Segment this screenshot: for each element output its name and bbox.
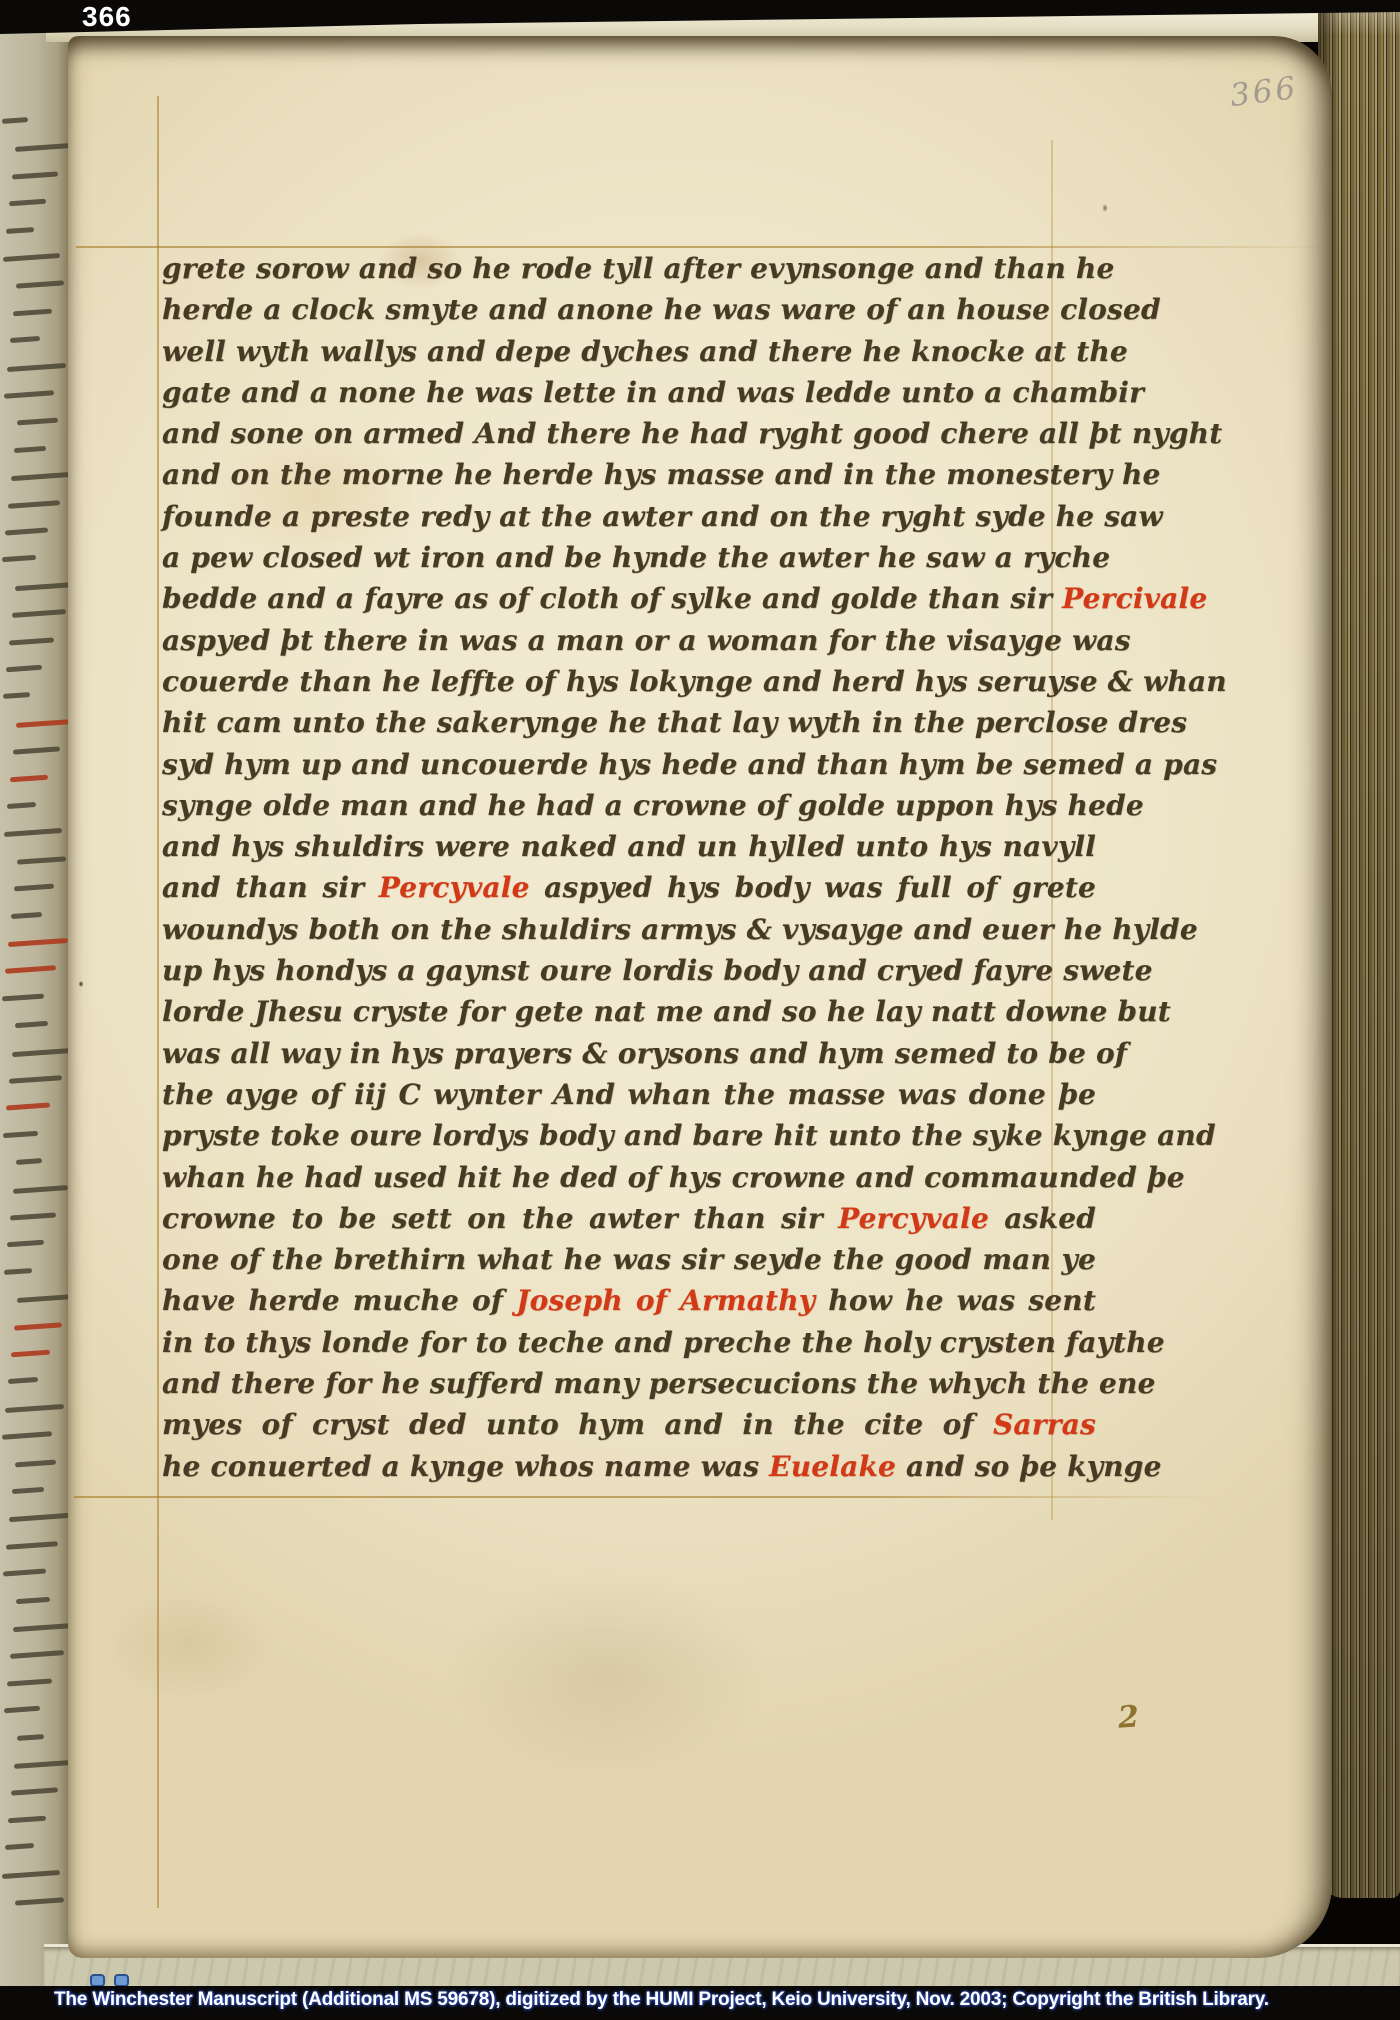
facing-page-text-stub	[16, 281, 64, 289]
facing-page-text-stub	[9, 1513, 70, 1522]
facing-page-text-stub	[10, 1212, 56, 1220]
ink-text: and on the morne he herde hys masse and …	[162, 458, 1161, 491]
facing-page-text-stub	[17, 1294, 74, 1303]
facing-page-text-stub	[6, 227, 34, 234]
manuscript-line: and than sir Percyvale aspyed hys body w…	[162, 871, 1096, 912]
facing-page-text-stub	[13, 1185, 68, 1194]
facing-page-text-stub	[15, 1021, 48, 1028]
ink-text: herde a clock smyte and anone he was war…	[162, 293, 1161, 326]
facing-page-text-stub	[10, 774, 48, 782]
ink-text: gate and a none he was lette in and was …	[162, 376, 1144, 409]
ink-text: grete sorow and so he rode tyll after ev…	[162, 252, 1115, 285]
facing-page-text-stub	[9, 637, 54, 645]
facing-page-text-stub	[11, 912, 42, 919]
facing-page-text-stub	[12, 1047, 74, 1056]
facing-page-text-stub	[5, 528, 48, 536]
facing-page-text-stub	[9, 1075, 62, 1084]
rubricated-name: Sarras	[993, 1408, 1096, 1441]
facing-page-text-stub	[4, 1706, 40, 1713]
ink-text: woundys both on the shuldirs armys & vys…	[162, 913, 1198, 946]
ink-text: and hys shuldirs were naked and un hylle…	[162, 830, 1096, 863]
manuscript-line: bedde and a fayre as of cloth of sylke a…	[162, 582, 1096, 623]
ink-text: crowne to be sett on the awter than sir	[162, 1202, 838, 1235]
facing-page-text-stub	[7, 1240, 44, 1248]
ink-text: myes of cryst ded unto hym and in the ci…	[162, 1408, 993, 1441]
manuscript-line: gate and a none he was lette in and was …	[162, 376, 1096, 417]
manuscript-line: lorde Jhesu cryste for gete nat me and s…	[162, 995, 1096, 1036]
ink-text: the ayge of iij C wynter And whan the ma…	[162, 1078, 1096, 1111]
facing-page-text-stub	[13, 747, 60, 755]
manuscript-line: and on the morne he herde hys masse and …	[162, 458, 1096, 499]
rubricated-name: Percivale	[1062, 582, 1207, 615]
facing-page-text-stub	[4, 1268, 32, 1275]
manuscript-line: was all way in hys prayers & orysons and…	[162, 1037, 1096, 1078]
ink-text: and sone on armed And there he had ryght…	[162, 417, 1222, 450]
manuscript-line: synge olde man and he had a crowne of go…	[162, 789, 1096, 830]
manuscript-line: aspyed þt there in was a man or a woman …	[162, 624, 1096, 665]
ink-text: aspyed hys body was full of grete	[530, 871, 1096, 904]
facing-page-text-stub	[2, 993, 44, 1001]
facing-page-text-stub	[12, 609, 66, 618]
facing-page-text-stub	[5, 1404, 64, 1413]
manuscript-line: whan he had used hit he ded of hys crown…	[162, 1161, 1096, 1202]
manuscript-line: pryste toke oure lordys body and bare hi…	[162, 1119, 1096, 1160]
facing-page-text-stub	[16, 1596, 50, 1603]
facing-page-text-stub	[16, 1158, 42, 1165]
manuscript-line: hit cam unto the sakerynge he that lay w…	[162, 706, 1096, 747]
facing-page-text-stub	[6, 665, 42, 672]
manuscript-line: in to thys londe for to teche and preche…	[162, 1326, 1096, 1367]
facing-page-text-stub	[15, 1459, 56, 1467]
caption-text: The Winchester Manuscript (Additional MS…	[54, 1989, 1394, 2011]
ink-text: lorde Jhesu cryste for gete nat me and s…	[162, 995, 1171, 1028]
facing-page-text-stub	[3, 692, 30, 699]
manuscript-line: founde a preste redy at the awter and on…	[162, 500, 1096, 541]
ink-text: syd hym up and uncouerde hys hede and th…	[162, 748, 1217, 781]
facing-page-text-stub	[17, 856, 66, 864]
facing-page-text-stub	[2, 1431, 52, 1439]
manuscript-line: he conuerted a kynge whos name was Euela…	[162, 1450, 1096, 1491]
ink-text: have herde muche of	[162, 1284, 516, 1317]
ink-text: a pew closed wt iron and be hynde the aw…	[162, 541, 1110, 574]
manuscript-line: well wyth wallys and depe dyches and the…	[162, 335, 1096, 376]
manuscript-line: and hys shuldirs were naked and un hylle…	[162, 830, 1096, 871]
facing-page-text-stub	[8, 1815, 46, 1823]
facing-page-text-stub	[6, 1541, 58, 1550]
manuscript-line: a pew closed wt iron and be hynde the aw…	[162, 541, 1096, 582]
facing-page-text-stub	[15, 1897, 64, 1905]
facing-page-text-stub	[3, 253, 60, 262]
ruling-line-left	[157, 96, 159, 1908]
facing-page-text-stub	[2, 1870, 60, 1879]
facing-page-text-stub	[13, 1623, 76, 1632]
facing-page-text-stub	[4, 390, 54, 398]
ink-text: and there for he sufferd many persecucio…	[162, 1367, 1156, 1400]
facing-page-text-stub	[11, 1350, 50, 1358]
rubricated-name: Euelake	[769, 1450, 896, 1483]
ink-text: hit cam unto the sakerynge he that lay w…	[162, 706, 1187, 739]
facing-page-text-stub	[5, 966, 56, 975]
manuscript-line: have herde muche of Joseph of Armathy ho…	[162, 1284, 1096, 1325]
facing-page-text-stub	[7, 802, 36, 809]
facing-page-text-stub	[2, 117, 28, 124]
manuscript-line: myes of cryst ded unto hym and in the ci…	[162, 1408, 1096, 1449]
facing-page-text-stub	[2, 555, 36, 562]
facing-page-text-stub	[6, 1103, 50, 1111]
ruling-line-top	[76, 246, 1344, 248]
manuscript-line: herde a clock smyte and anone he was war…	[162, 293, 1096, 334]
facing-page-text-stub	[11, 1788, 58, 1796]
ink-text: well wyth wallys and depe dyches and the…	[162, 335, 1128, 368]
ink-text: couerde than he leffte of hys lokynge an…	[162, 665, 1227, 698]
facing-page-text-stub	[12, 171, 58, 179]
quire-mark: 2	[1117, 1699, 1140, 1735]
manuscript-text: grete sorow and so he rode tyll after ev…	[162, 252, 1096, 1491]
ink-text: aspyed þt there in was a man or a woman …	[162, 624, 1131, 657]
facing-page-text-stub	[14, 1322, 62, 1330]
manuscript-line: and sone on armed And there he had ryght…	[162, 417, 1096, 458]
ink-text: pryste toke oure lordys body and bare hi…	[162, 1119, 1216, 1152]
ink-text: he conuerted a kynge whos name was	[162, 1450, 769, 1483]
facing-page-text-stub	[7, 1678, 52, 1686]
facing-page-text-stub	[14, 884, 54, 892]
facing-page-text-stub	[14, 446, 46, 453]
facing-page-text-stub	[7, 363, 66, 372]
rubricated-name: Percyvale	[838, 1202, 989, 1235]
caption-bar: The Winchester Manuscript (Additional MS…	[0, 1986, 1400, 2020]
facing-page-text-stub	[12, 1487, 44, 1494]
manuscript-line: and there for he sufferd many persecucio…	[162, 1367, 1096, 1408]
facing-page-text-stub	[8, 500, 60, 509]
ink-text: asked	[989, 1202, 1096, 1235]
manuscript-line: one of the brethirn what he was sir seyd…	[162, 1243, 1096, 1284]
ink-text: synge olde man and he had a crowne of go…	[162, 789, 1144, 822]
folio-number-label: 366	[82, 1, 132, 33]
ink-text: in to thys londe for to teche and preche…	[162, 1326, 1165, 1359]
ruling-line-bottom	[74, 1496, 1214, 1498]
ink-text: and than sir	[162, 871, 379, 904]
facing-page-text-stub	[3, 1569, 46, 1577]
ink-text: founde a preste redy at the awter and on…	[162, 500, 1163, 533]
ink-text: one of the brethirn what he was sir seyd…	[162, 1243, 1096, 1276]
manuscript-line: woundys both on the shuldirs armys & vys…	[162, 913, 1096, 954]
facing-page-text-stub	[4, 828, 62, 837]
manuscript-line: crowne to be sett on the awter than sir …	[162, 1202, 1096, 1243]
ink-text: whan he had used hit he ded of hys crown…	[162, 1161, 1185, 1194]
manuscript-line: syd hym up and uncouerde hys hede and th…	[162, 748, 1096, 789]
facing-page-text-stub	[16, 719, 72, 728]
manuscript-line: up hys hondys a gaynst oure lordis body …	[162, 954, 1096, 995]
manuscript-line: grete sorow and so he rode tyll after ev…	[162, 252, 1096, 293]
facing-page-text-stub	[10, 336, 40, 343]
ink-text: bedde and a fayre as of cloth of sylke a…	[162, 582, 1062, 615]
facing-page-text-stub	[17, 1734, 44, 1741]
rubricated-name: Percyvale	[379, 871, 530, 904]
manuscript-line: couerde than he leffte of hys lokynge an…	[162, 665, 1096, 706]
facing-page-text-stub	[10, 1651, 64, 1660]
facing-page-text-stub	[17, 418, 58, 426]
manuscript-photo: grete sorow and so he rode tyll after ev…	[0, 0, 1400, 2020]
facing-page-text-stub	[15, 143, 70, 152]
facing-page-text-stub	[8, 938, 68, 947]
facing-page-text-stub	[9, 199, 46, 207]
ink-text: how he was sent	[815, 1284, 1096, 1317]
facing-page-text-stub	[13, 308, 52, 316]
ink-text: and so þe kynge	[896, 1450, 1162, 1483]
facing-page-text-stub	[14, 1760, 70, 1769]
facing-page-text-stub	[5, 1843, 34, 1850]
ink-text: was all way in hys prayers & orysons and…	[162, 1037, 1127, 1070]
facing-page-text-stub	[8, 1377, 38, 1384]
manuscript-line: the ayge of iij C wynter And whan the ma…	[162, 1078, 1096, 1119]
facing-page-text-stub	[11, 472, 72, 481]
ink-text: up hys hondys a gaynst oure lordis body …	[162, 954, 1153, 987]
facing-page-text-stub	[3, 1131, 38, 1138]
rubricated-name: Joseph of Armathy	[516, 1284, 815, 1317]
